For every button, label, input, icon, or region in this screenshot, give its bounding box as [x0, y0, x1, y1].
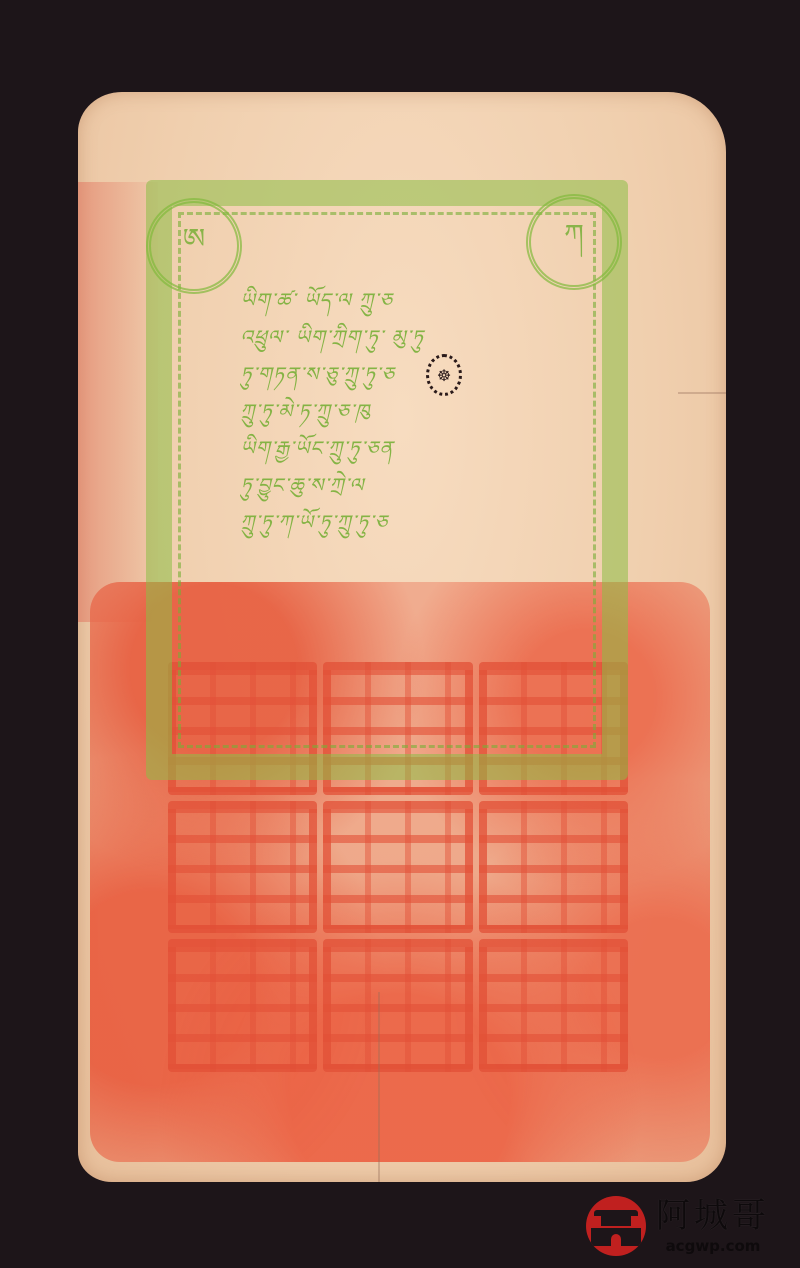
tibetan-script-text: ཡིག་ཚ་ ཡོད་ལ ཀྲུ་ཅ འཕྲུལ་ ཡིག་ཀྲིག་ཏུ་ མ…: [240, 282, 540, 541]
crease: [678, 392, 726, 394]
seal-char: [168, 801, 317, 934]
watermark-url: acgwp.com: [666, 1237, 761, 1255]
banknote: ཨ ཀ ཡིག་ཚ་ ཡོད་ལ ཀྲུ་ཅ འཕྲུལ་ ཡིག་ཀྲིག་ཏ…: [78, 92, 726, 1182]
emblem-left: ཨ: [183, 207, 205, 286]
script-line: འཕྲུལ་ ཡིག་ཀྲིག་ཏུ་ མུ་ཏུ: [240, 319, 540, 356]
script-line: ཏུ་གཏན་ས་ཅུ་ཀྲུ་ཏུ་ཅ: [240, 356, 540, 393]
script-line: ཏུ་བྱུང་ཆུ་ས་ཀྲེ་ལ: [240, 467, 540, 504]
watermark-site-name: 阿城哥: [656, 1197, 770, 1235]
seal-char: [168, 939, 317, 1072]
black-stamp-icon: ☸: [426, 354, 462, 396]
palace-logo-icon: [586, 1196, 646, 1256]
script-line: ཡིག་རྒྱ་ཡོང་ཀྲུ་ཏུ་ཅན: [240, 430, 540, 467]
script-line: ཡིག་ཚ་ ཡོད་ལ ཀྲུ་ཅ: [240, 282, 540, 319]
crease: [378, 992, 380, 1182]
script-line: ཀྲུ་ཏུ་མེ་ཏ་ཀྲུ་ཅ་ཁུ: [240, 393, 540, 430]
seal-char: [479, 939, 628, 1072]
script-line: ཀྲུ་ཏུ་ཀ་ཡོ་ཏུ་ཀྲུ་ཏུ་ཅ: [240, 504, 540, 541]
seal-char: [323, 939, 472, 1072]
emblem-right: ཀ: [564, 203, 584, 282]
watermark: 阿城哥 acgwp.com: [586, 1196, 770, 1256]
seal-char: [323, 801, 472, 934]
stamp-glyph: ☸: [437, 366, 451, 385]
rosette-right-icon: ཀ: [526, 194, 622, 290]
seal-char: [479, 801, 628, 934]
rosette-left-icon: ཨ: [146, 198, 242, 294]
